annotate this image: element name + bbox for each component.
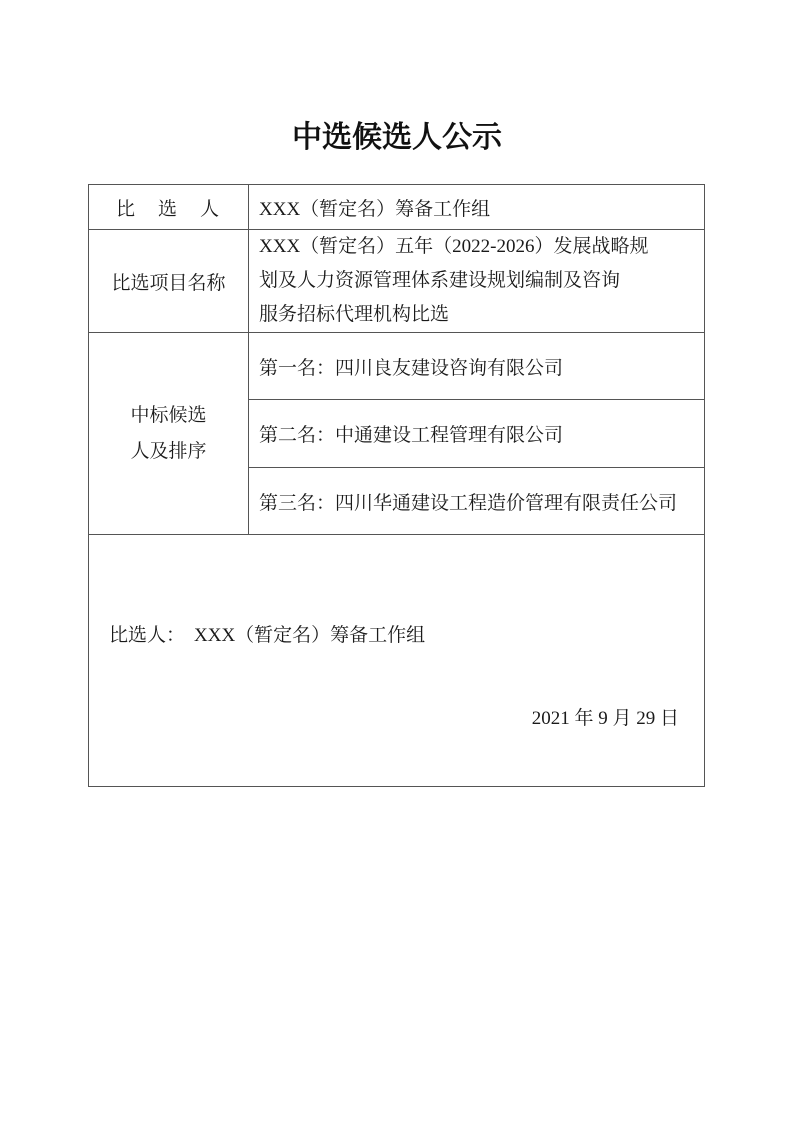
bidder-value: XXX（暂定名）筹备工作组: [249, 185, 705, 230]
document-title: 中选候选人公示: [0, 112, 794, 156]
candidate-rank-2: 第二名：中通建设工程管理有限公司: [249, 400, 705, 468]
project-row: 比选项目名称 XXX（暂定名）五年（2022-2026）发展战略规 划及人力资源…: [89, 230, 705, 333]
candidates-label-line-1: 中标候选: [89, 398, 248, 434]
signer-line: 比选人：XXX（暂定名）筹备工作组: [109, 620, 425, 647]
project-value-line-1: XXX（暂定名）五年（2022-2026）发展战略规: [259, 230, 704, 264]
announcement-table: 比 选 人 XXX（暂定名）筹备工作组 比选项目名称 XXX（暂定名）五年（20…: [88, 184, 705, 787]
project-value: XXX（暂定名）五年（2022-2026）发展战略规 划及人力资源管理体系建设规…: [249, 230, 705, 333]
project-label: 比选项目名称: [89, 230, 249, 333]
signer-value: XXX（暂定名）筹备工作组: [194, 625, 425, 646]
candidate-rank-3: 第三名：四川华通建设工程造价管理有限责任公司: [249, 468, 705, 535]
announcement-date: 2021 年 9 月 29 日: [532, 703, 679, 730]
bidder-row: 比 选 人 XXX（暂定名）筹备工作组: [89, 185, 705, 230]
footer-row: 比选人：XXX（暂定名）筹备工作组 2021 年 9 月 29 日: [89, 535, 705, 787]
candidates-label-line-2: 人及排序: [89, 434, 248, 470]
footer-cell: 比选人：XXX（暂定名）筹备工作组 2021 年 9 月 29 日: [89, 535, 705, 787]
project-value-line-2: 划及人力资源管理体系建设规划编制及咨询: [259, 264, 704, 298]
project-value-line-3: 服务招标代理机构比选: [259, 298, 704, 332]
candidate-rank-1: 第一名：四川良友建设咨询有限公司: [249, 333, 705, 400]
candidate-row-1: 中标候选 人及排序 第一名：四川良友建设咨询有限公司: [89, 333, 705, 400]
signer-label: 比选人：: [109, 625, 185, 646]
candidates-label: 中标候选 人及排序: [89, 333, 249, 535]
bidder-label: 比 选 人: [89, 185, 249, 230]
